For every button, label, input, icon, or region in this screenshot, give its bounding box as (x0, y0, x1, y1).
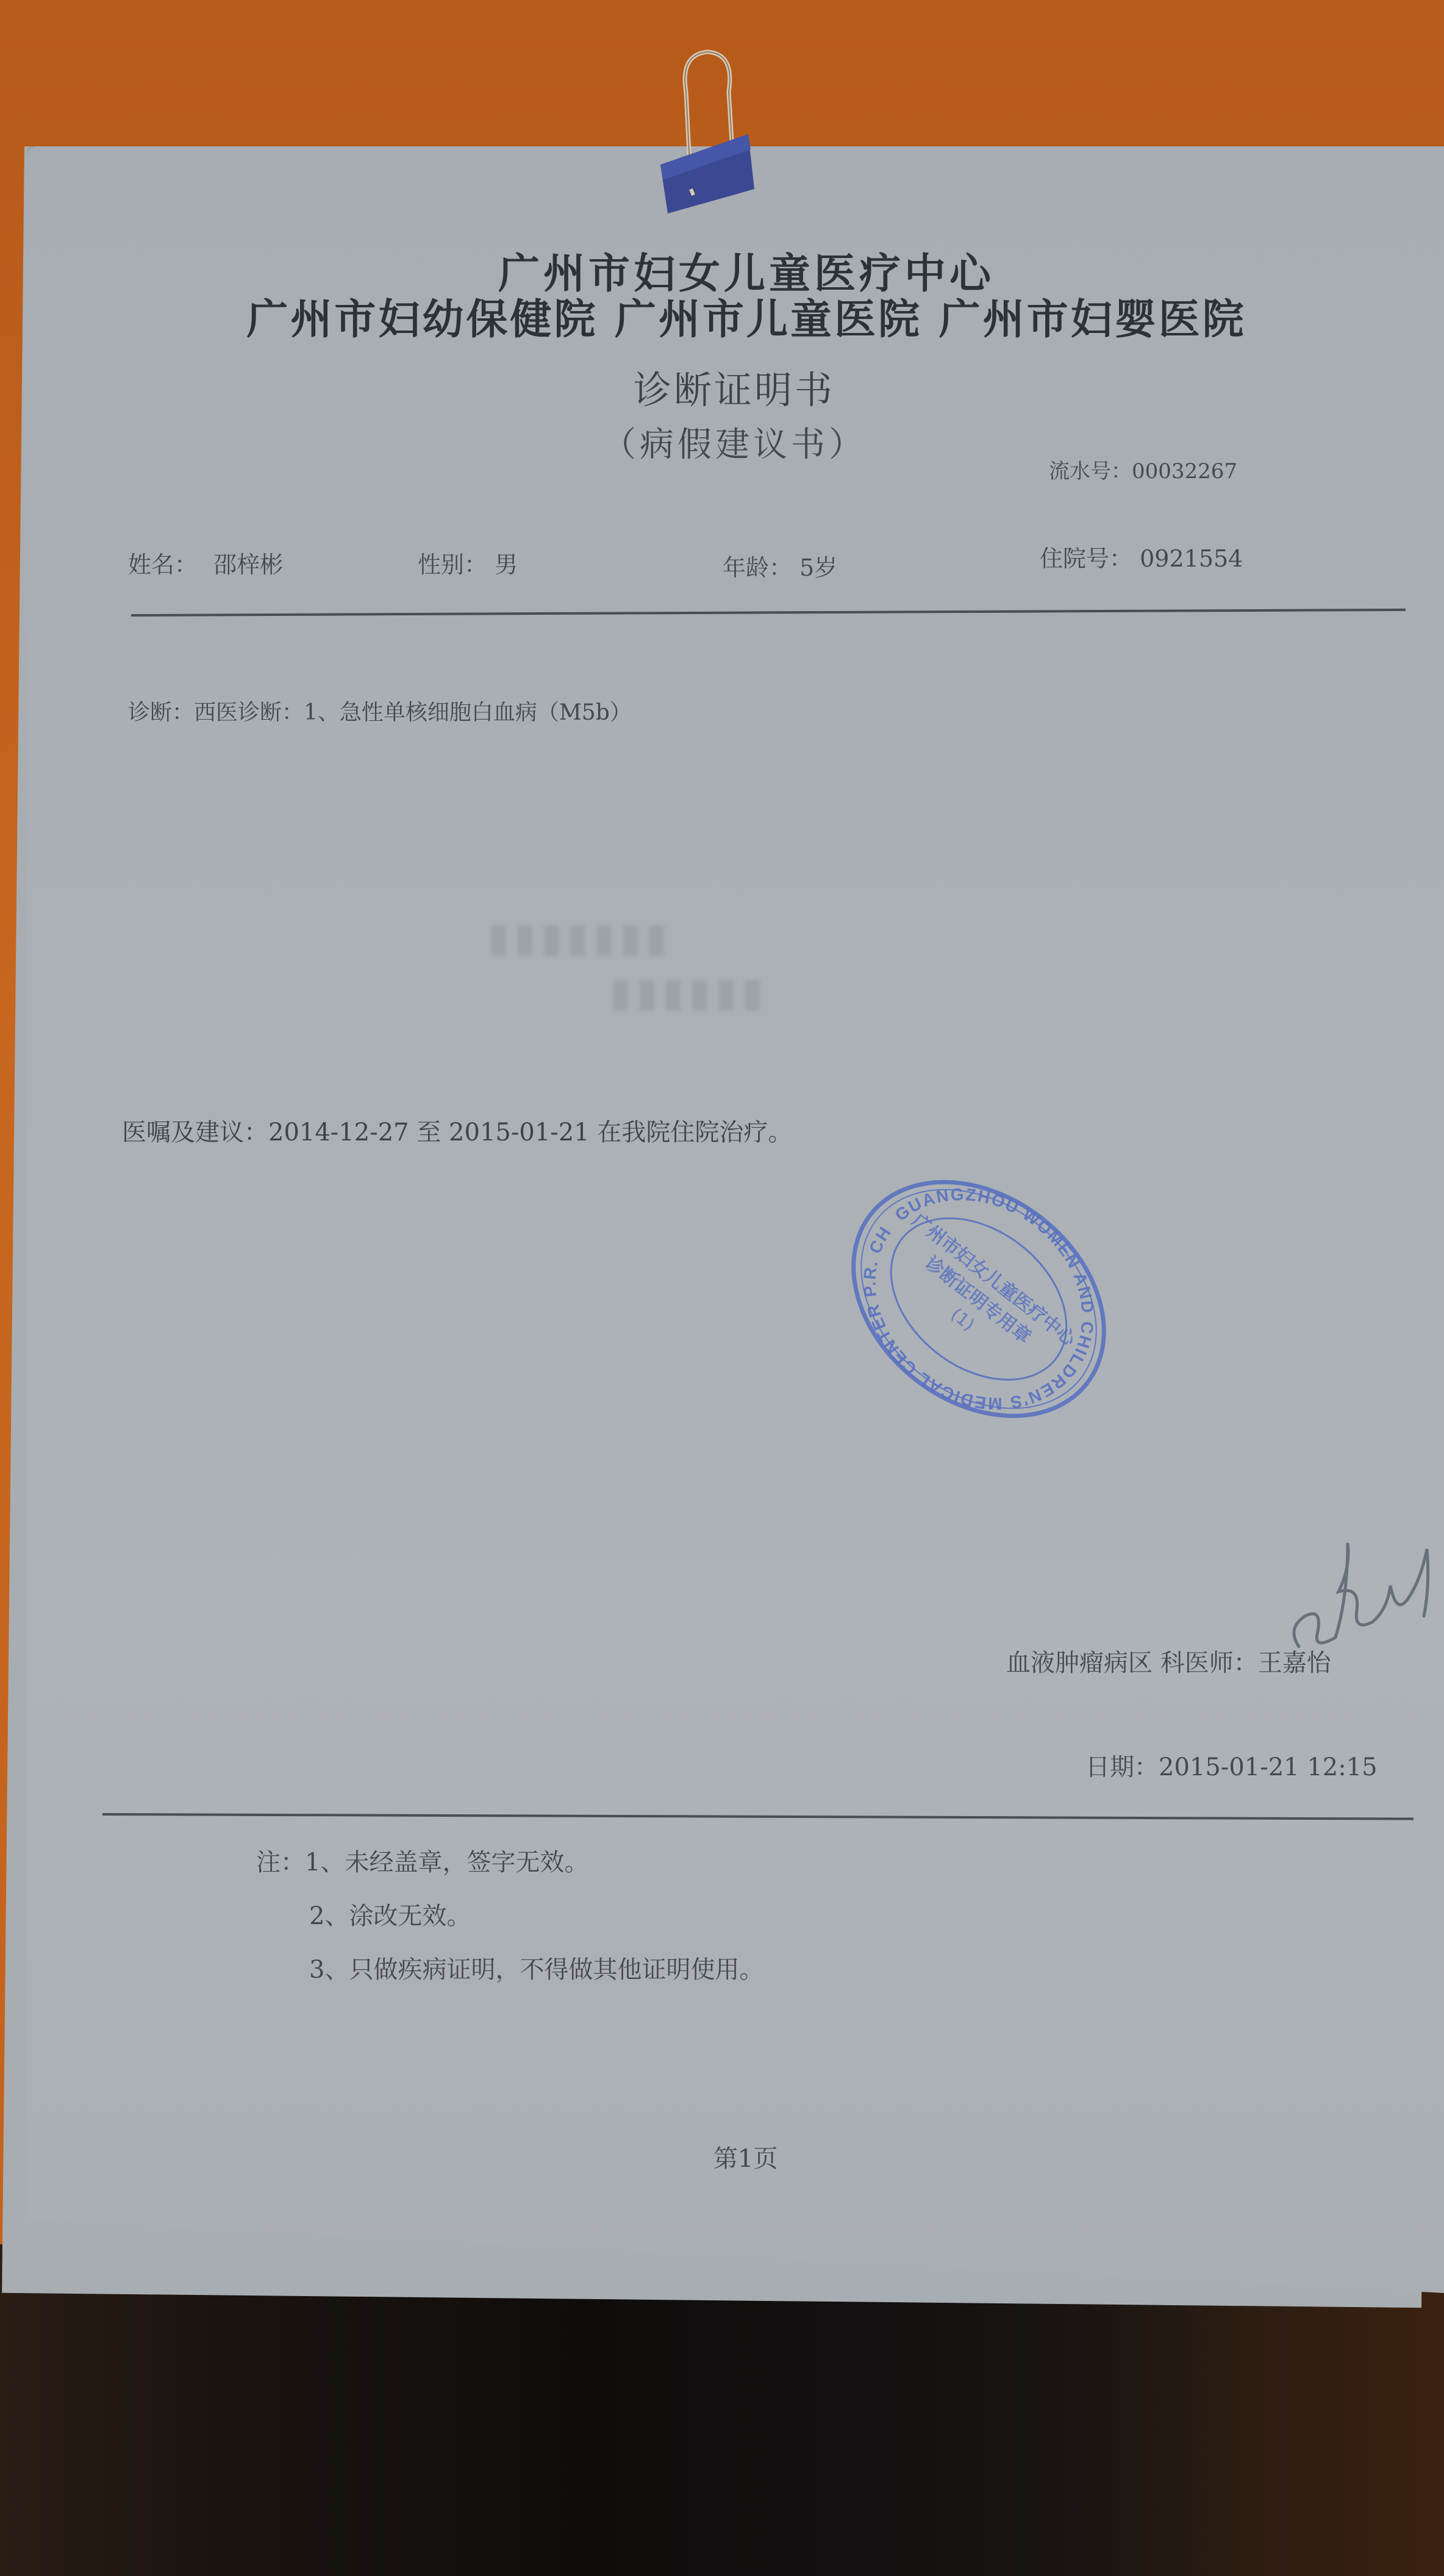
admission-value: 0921554 (1140, 545, 1243, 572)
date-value: 2015-01-21 12:15 (1159, 1753, 1378, 1781)
advice-line: 医嘱及建议：2014-12-27 至 2015-01-21 在我院住院治疗。 (122, 1113, 792, 1148)
doctor-label: 科医师： (1160, 1649, 1258, 1677)
document-title: 诊断证明书 (12, 360, 1444, 414)
serial-value: 00032267 (1132, 459, 1237, 484)
admission-number-field: 住院号： 0921554 (1040, 540, 1243, 573)
page-number: 第1页 (713, 2139, 777, 2174)
notes-label: 注： (256, 1848, 305, 1877)
issue-date: 日期：2015-01-21 12:15 (1085, 1748, 1378, 1783)
patient-age-field: 年龄： 5岁 (723, 549, 837, 582)
patient-name-field: 姓名： 邵梓彬 (128, 546, 283, 579)
note-item: 3、只做疾病证明，不得做其他证明使用。 (256, 1943, 763, 1997)
diagnosis-type: 西医诊断： (194, 700, 304, 725)
admission-label: 住院号： (1040, 545, 1132, 572)
doctor-line: 血液肿瘤病区 科医师：王嘉怡 (1006, 1644, 1331, 1678)
advice-text: 2014-12-27 至 2015-01-21 在我院住院治疗。 (268, 1118, 792, 1147)
department-name: 血液肿瘤病区 (1006, 1649, 1153, 1677)
note-item: 注：1、未经盖章，签字无效。 (256, 1836, 763, 1889)
age-label: 年龄： (723, 554, 792, 581)
note-item: 2、涂改无效。 (256, 1889, 763, 1943)
show-through-text: ▮▮▮▮▮▮ (610, 970, 768, 1015)
age-value: 5岁 (799, 554, 837, 581)
name-label: 姓名： (128, 551, 198, 578)
notes-section: 注：1、未经盖章，签字无效。 2、涂改无效。 3、只做疾病证明，不得做其他证明使… (256, 1836, 763, 1997)
binder-clip-icon (643, 24, 765, 213)
date-label: 日期： (1085, 1753, 1159, 1781)
serial-number: 流水号：00032267 (1049, 454, 1237, 484)
doctor-name: 王嘉怡 (1258, 1649, 1331, 1677)
show-through-text: ▮▮▮▮▮▮▮ (488, 915, 673, 961)
gender-label: 性别： (418, 551, 487, 578)
official-seal-stamp: GUANGZHOU WOMEN AND CHILDREN'S MEDICAL C… (826, 1171, 1131, 1427)
diagnosis-line: 诊断：西医诊断：1、急性单核细胞白血病（M5b） (128, 695, 632, 726)
patient-gender-field: 性别： 男 (418, 546, 518, 579)
diagnosis-item: 1、急性单核细胞白血病（M5b） (304, 700, 632, 725)
gender-value: 男 (495, 551, 518, 578)
institution-subtitle: 广州市妇幼保健院 广州市儿童医院 广州市妇婴医院 (24, 287, 1444, 346)
serial-label: 流水号： (1049, 459, 1132, 484)
diagnosis-label: 诊断： (128, 700, 194, 725)
name-value: 邵梓彬 (213, 551, 283, 578)
advice-label: 医嘱及建议： (122, 1118, 268, 1147)
